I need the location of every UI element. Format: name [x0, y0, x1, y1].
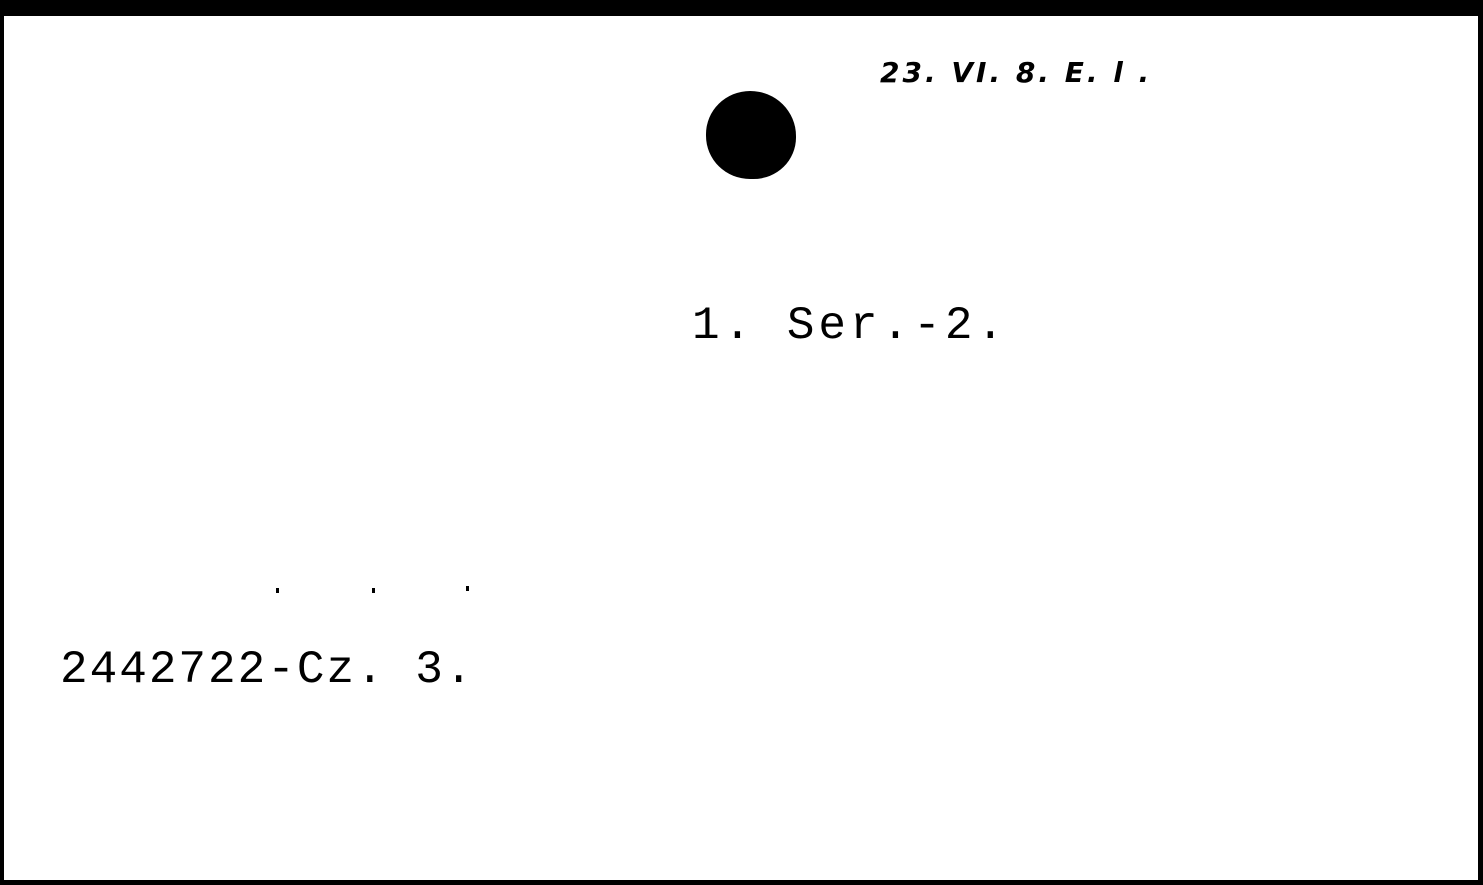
tick-mark: [466, 586, 469, 591]
tick-mark: [276, 588, 279, 593]
punch-hole: [706, 91, 796, 179]
index-card: 23. VI. 8. E. l . 1. Ser.-2. 2442722-Cz.…: [4, 16, 1478, 880]
series-label: 1. Ser.-2.: [692, 300, 1008, 352]
handwritten-note: 23. VI. 8. E. l .: [880, 56, 1152, 89]
tick-mark: [372, 588, 375, 593]
catalog-number: 2442722-Cz. 3.: [60, 644, 474, 696]
